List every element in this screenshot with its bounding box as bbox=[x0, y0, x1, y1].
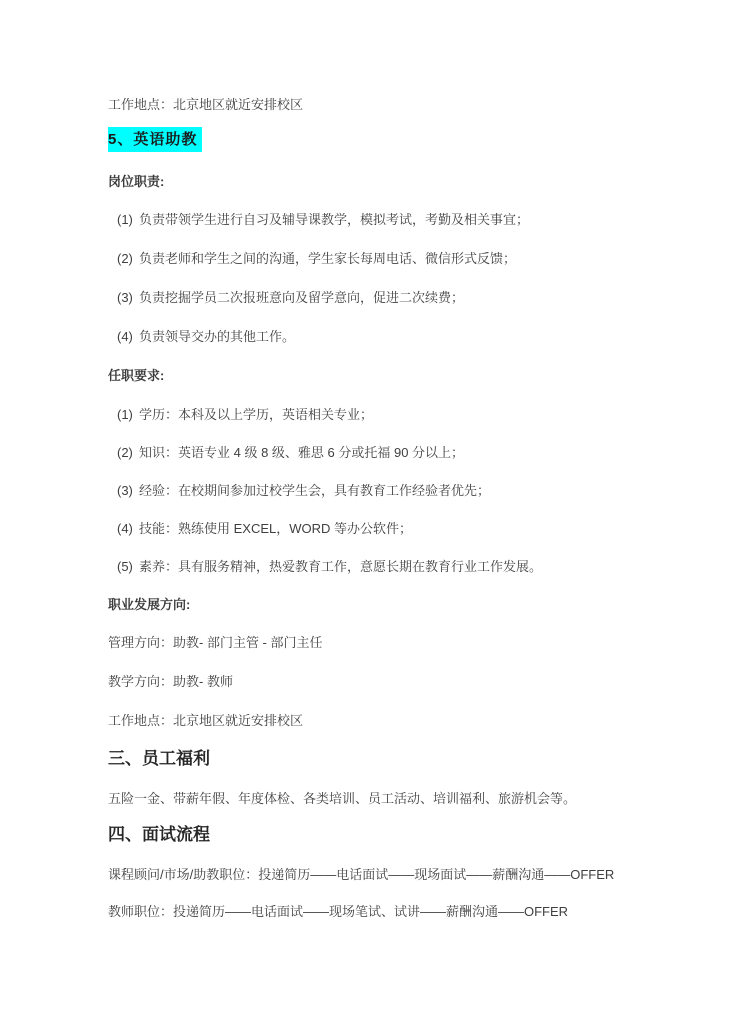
item-number: (3) bbox=[108, 290, 139, 305]
item-number: (4) bbox=[108, 521, 139, 536]
item-number: (1) bbox=[108, 407, 139, 422]
requirement-item: (2) 知识：英语专业 4 级 8 级、雅思 6 分或托福 90 分以上； bbox=[108, 445, 640, 460]
requirement-item: (3) 经验：在校期间参加过校学生会，具有教育工作经验者优先； bbox=[108, 483, 640, 498]
item-number: (2) bbox=[108, 251, 139, 266]
item-number: (1) bbox=[108, 212, 139, 227]
interview-teacher-flow: 教师职位：投递简历——电话面试——现场笔试、试讲——薪酬沟通——OFFER bbox=[108, 904, 640, 919]
requirement-item: (5) 素养：具有服务精神，热爱教育工作，意愿长期在教育行业工作发展。 bbox=[108, 559, 640, 574]
work-location-line: 工作地点：北京地区就近安排校区 bbox=[108, 97, 640, 112]
requirement-item: (4) 技能：熟练使用 EXCEL，WORD 等办公软件； bbox=[108, 521, 640, 536]
document-page: 工作地点：北京地区就近安排校区 5、英语助教 岗位职责: (1) 负责带领学生进… bbox=[0, 0, 730, 1032]
item-number: (2) bbox=[108, 445, 139, 460]
item-text: 负责挖掘学员二次报班意向及留学意向，促进二次续费； bbox=[139, 290, 464, 305]
responsibility-item: (3) 负责挖掘学员二次报班意向及留学意向，促进二次续费； bbox=[108, 290, 640, 305]
item-number: (4) bbox=[108, 329, 139, 344]
requirements-label: 任职要求: bbox=[108, 368, 640, 383]
item-number: (3) bbox=[108, 483, 139, 498]
item-text: 经验：在校期间参加过校学生会，具有教育工作经验者优先； bbox=[139, 483, 490, 498]
benefits-text: 五险一金、带薪年假、年度体检、各类培训、员工活动、培训福利、旅游机会等。 bbox=[108, 791, 640, 806]
responsibilities-label: 岗位职责: bbox=[108, 174, 640, 189]
item-text: 负责老师和学生之间的沟通，学生家长每周电话、微信形式反馈； bbox=[139, 251, 516, 266]
career-path-label: 职业发展方向: bbox=[108, 597, 640, 612]
item-text: 负责领导交办的其他工作。 bbox=[139, 329, 295, 344]
item-number: (5) bbox=[108, 559, 139, 574]
item-text: 负责带领学生进行自习及辅导课教学，模拟考试，考勤及相关事宜； bbox=[139, 212, 529, 227]
career-teaching-path: 教学方向：助教- 教师 bbox=[108, 674, 640, 689]
responsibility-item: (2) 负责老师和学生之间的沟通，学生家长每周电话、微信形式反馈； bbox=[108, 251, 640, 266]
responsibility-item: (1) 负责带领学生进行自习及辅导课教学，模拟考试，考勤及相关事宜； bbox=[108, 212, 640, 227]
interview-consultant-flow: 课程顾问/市场/助教职位：投递简历——电话面试——现场面试——薪酬沟通——OFF… bbox=[108, 867, 640, 882]
career-work-location: 工作地点：北京地区就近安排校区 bbox=[108, 713, 640, 728]
position-heading-wrap: 5、英语助教 bbox=[108, 127, 640, 152]
responsibility-item: (4) 负责领导交办的其他工作。 bbox=[108, 329, 640, 344]
item-text: 学历：本科及以上学历，英语相关专业； bbox=[139, 407, 373, 422]
item-text: 素养：具有服务精神，热爱教育工作，意愿长期在教育行业工作发展。 bbox=[139, 559, 542, 574]
position-heading-highlighted: 5、英语助教 bbox=[108, 127, 202, 152]
career-management-path: 管理方向：助教- 部门主管 - 部门主任 bbox=[108, 635, 640, 650]
benefits-heading: 三、员工福利 bbox=[108, 749, 640, 769]
item-text: 知识：英语专业 4 级 8 级、雅思 6 分或托福 90 分以上； bbox=[139, 445, 464, 460]
requirement-item: (1) 学历：本科及以上学历，英语相关专业； bbox=[108, 407, 640, 422]
item-text: 技能：熟练使用 EXCEL，WORD 等办公软件； bbox=[139, 521, 412, 536]
interview-process-heading: 四、面试流程 bbox=[108, 825, 640, 845]
